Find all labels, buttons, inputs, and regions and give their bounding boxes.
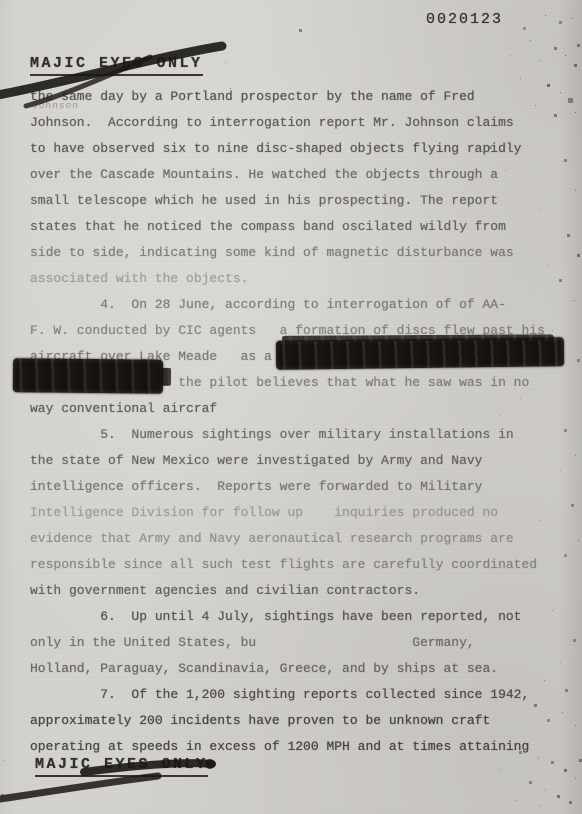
text-line: evidence that Army and Navy aeronautical… — [30, 526, 575, 552]
text-line: 7. Of the 1,200 sighting reports collect… — [30, 682, 575, 708]
document-body: the same day by a Portland prospector by… — [30, 84, 575, 760]
text-line: 4. On 28 June, according to interrogatio… — [30, 292, 575, 318]
text-line: Holland, Paraguay, Scandinavia, Greece, … — [30, 656, 575, 682]
scanned-document-page: 0020123 MAJIC EYES ONLY Johnson the same… — [0, 0, 582, 814]
text-line: over the Cascade Mountains. He watched t… — [30, 162, 575, 188]
text-line: only in the United States, bu Germany, — [30, 630, 575, 656]
text-line: approximately 200 incidents have proven … — [30, 708, 575, 734]
text-line: 5. Numerous sightings over military inst… — [30, 422, 575, 448]
text-line: to have observed six to nine disc-shaped… — [30, 136, 575, 162]
redaction-block-2 — [13, 358, 163, 394]
text-line: the state of New Mexico were investigate… — [30, 448, 575, 474]
text-line: states that he noticed the compass band … — [30, 214, 575, 240]
text-line: Johnson. According to interrogation repo… — [30, 110, 575, 136]
text-line: with government agencies and civilian co… — [30, 578, 575, 604]
text-line: 6. Up until 4 July, sightings have been … — [30, 604, 575, 630]
text-line: responsible since all such test flights … — [30, 552, 575, 578]
text-line: intelligence officers. Reports were forw… — [30, 474, 575, 500]
text-line: side to side, indicating some kind of ma… — [30, 240, 575, 266]
text-line: the same day by a Portland prospector by… — [30, 84, 575, 110]
scan-noise-speckles — [0, 0, 1, 1]
classification-footer: MAJIC EYES ONLY — [35, 756, 208, 777]
classification-header: MAJIC EYES ONLY — [30, 55, 203, 76]
redaction-block-1 — [276, 337, 564, 370]
text-line: way conventional aircraf — [30, 396, 575, 422]
text-line: associated with the objects. — [30, 266, 575, 292]
text-line: Intelligence Division for follow up inqu… — [30, 500, 575, 526]
pen-strike-footer-2 — [0, 776, 158, 800]
text-line: small telescope which he used in his pro… — [30, 188, 575, 214]
page-stamp-number: 0020123 — [426, 11, 503, 28]
